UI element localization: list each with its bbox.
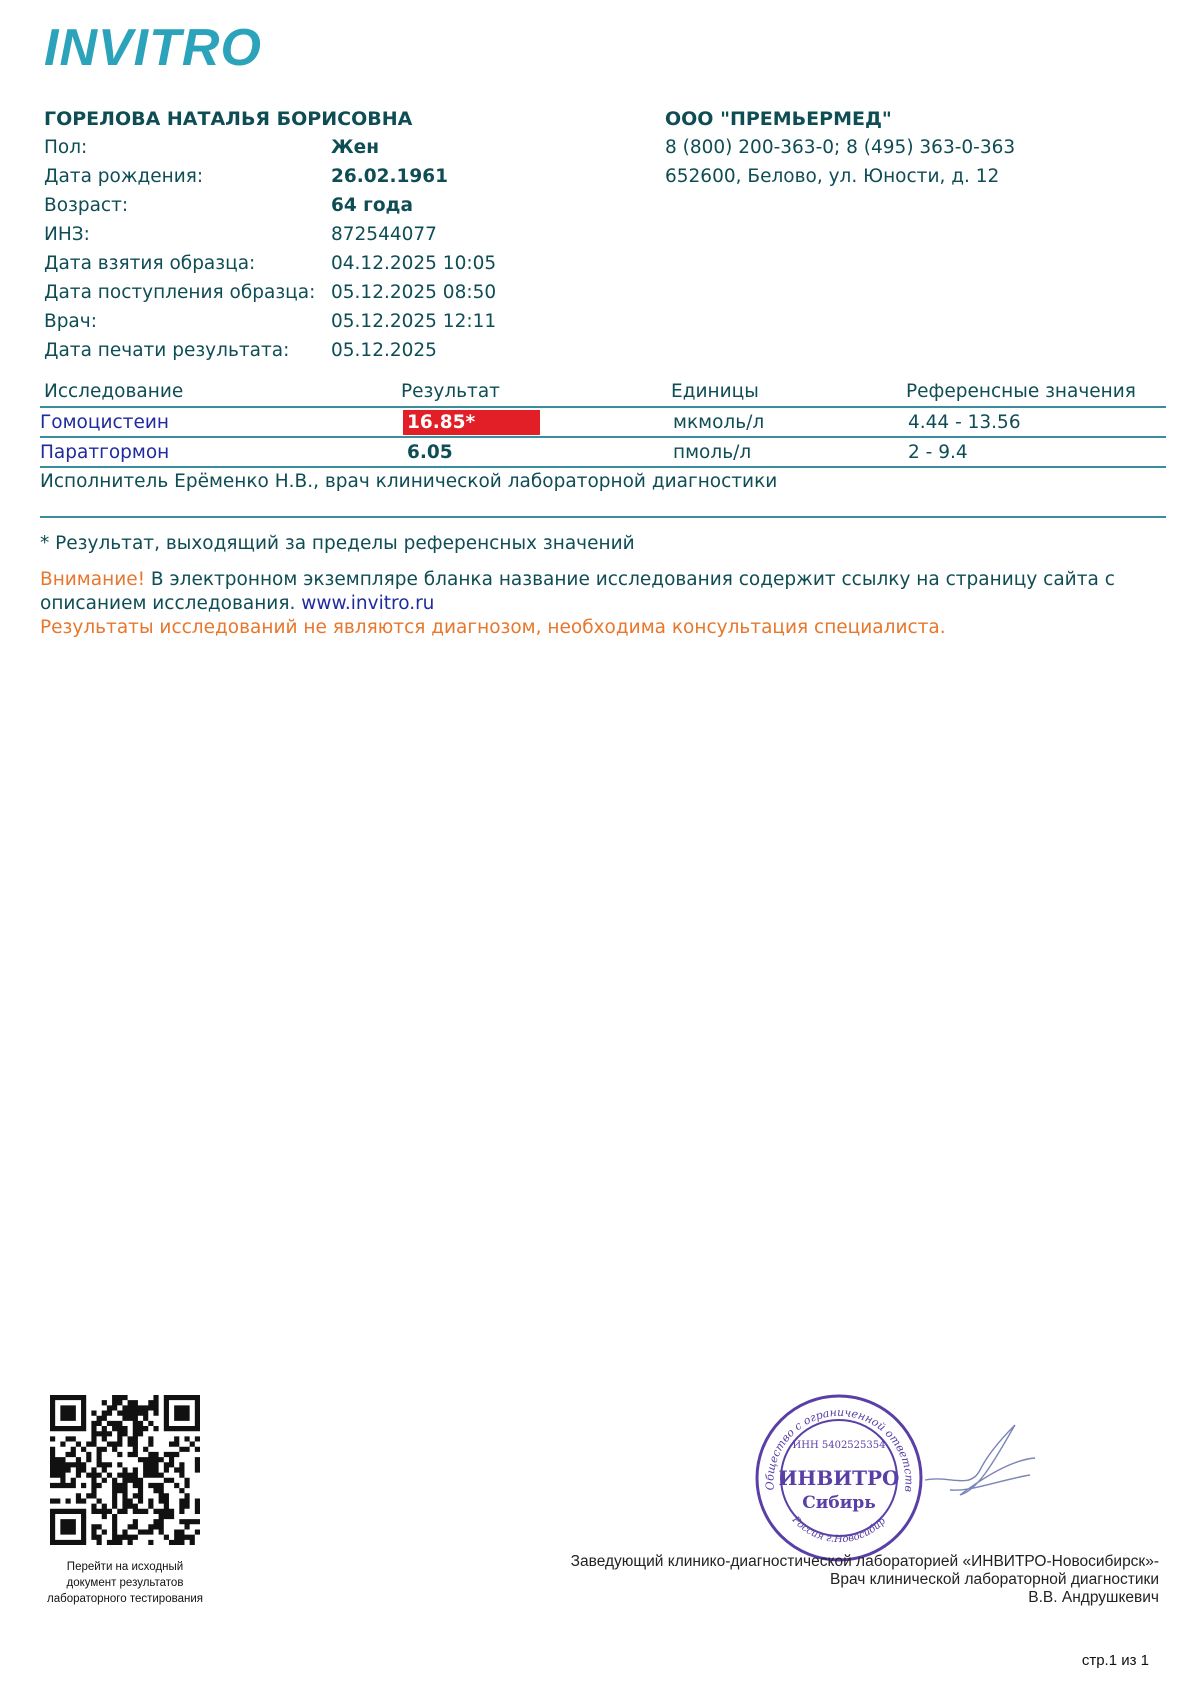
patient-field: Дата рождения:26.02.1961 bbox=[44, 162, 604, 191]
header-units: Единицы bbox=[671, 381, 906, 402]
field-value: 26.02.1961 bbox=[331, 162, 448, 191]
signature-icon bbox=[920, 1420, 1040, 1510]
test-name-link[interactable]: Паратгормон bbox=[40, 442, 169, 463]
field-value: 872544077 bbox=[331, 220, 437, 249]
qr-block: Перейти на исходный документ результатов… bbox=[40, 1395, 210, 1607]
clinic-info: ООО "ПРЕМЬЕРМЕД" 8 (800) 200-363-0; 8 (4… bbox=[665, 105, 1165, 191]
patient-field: Возраст:64 года bbox=[44, 191, 604, 220]
field-value: 05.12.2025 bbox=[331, 336, 437, 365]
field-value: 05.12.2025 08:50 bbox=[331, 278, 496, 307]
test-name-link[interactable]: Гомоцистеин bbox=[40, 412, 169, 433]
field-label: Дата рождения: bbox=[44, 162, 331, 191]
patient-field: Дата взятия образца:04.12.2025 10:05 bbox=[44, 249, 604, 278]
svg-text:ИНН 5402525354: ИНН 5402525354 bbox=[793, 1440, 886, 1451]
result-value: 16.85* bbox=[403, 410, 540, 435]
disclaimer: Результаты исследований не являются диаг… bbox=[40, 616, 1170, 640]
field-value: 64 года bbox=[331, 191, 413, 220]
reference-range: 4.44 - 13.56 bbox=[908, 412, 1166, 433]
results-table: Исследование Результат Единицы Референсн… bbox=[40, 376, 1166, 498]
patient-field: Дата печати результата:05.12.2025 bbox=[44, 336, 604, 365]
field-label: Возраст: bbox=[44, 191, 331, 220]
field-label: ИНЗ: bbox=[44, 220, 331, 249]
signer-block: Заведующий клинико-диагностической лабор… bbox=[571, 1553, 1159, 1607]
result-value: 6.05 bbox=[403, 442, 457, 463]
signer-line-1: Заведующий клинико-диагностической лабор… bbox=[571, 1553, 1159, 1571]
qr-caption-line: документ результатов bbox=[40, 1575, 210, 1591]
qr-code-icon[interactable] bbox=[50, 1395, 200, 1545]
qr-caption: Перейти на исходный документ результатов… bbox=[40, 1559, 210, 1607]
patient-field: Врач:05.12.2025 12:11 bbox=[44, 307, 604, 336]
results-header: Исследование Результат Единицы Референсн… bbox=[40, 376, 1166, 408]
attention-text: В электронном экземпляре бланка название… bbox=[40, 569, 1115, 614]
stamp-icon: Общество с ограниченной ответственностью… bbox=[752, 1390, 927, 1565]
out-of-range-note: * Результат, выходящий за пределы рефере… bbox=[40, 528, 1170, 560]
field-value: 05.12.2025 12:11 bbox=[331, 307, 496, 336]
performer: Исполнитель Ерёменко Н.В., врач клиничес… bbox=[40, 468, 1166, 498]
field-label: Дата взятия образца: bbox=[44, 249, 331, 278]
notes: * Результат, выходящий за пределы рефере… bbox=[40, 528, 1170, 640]
patient-field: Дата поступления образца:05.12.2025 08:5… bbox=[44, 278, 604, 307]
signer-line-2: Врач клинической лабораторной диагностик… bbox=[571, 1571, 1159, 1589]
header-reference: Референсные значения bbox=[906, 381, 1166, 402]
clinic-name: ООО "ПРЕМЬЕРМЕД" bbox=[665, 105, 1165, 133]
clinic-phones: 8 (800) 200-363-0; 8 (495) 363-0-363 bbox=[665, 133, 1165, 162]
field-value: Жен bbox=[331, 133, 379, 162]
attention-label: Внимание! bbox=[40, 569, 145, 590]
reference-range: 2 - 9.4 bbox=[908, 442, 1166, 463]
field-label: Пол: bbox=[44, 133, 331, 162]
field-label: Дата поступления образца: bbox=[44, 278, 331, 307]
field-value: 04.12.2025 10:05 bbox=[331, 249, 496, 278]
units: пмоль/л bbox=[673, 442, 908, 463]
page-number: стр.1 из 1 bbox=[1082, 1652, 1149, 1669]
patient-info: ГОРЕЛОВА НАТАЛЬЯ БОРИСОВНА Пол:ЖенДата р… bbox=[44, 105, 604, 365]
svg-text:ИНВИТРО: ИНВИТРО bbox=[779, 1466, 900, 1490]
header-result: Результат bbox=[401, 381, 671, 402]
qr-caption-line: лабораторного тестирования bbox=[40, 1591, 210, 1607]
svg-text:Сибирь: Сибирь bbox=[802, 1493, 876, 1513]
patient-name: ГОРЕЛОВА НАТАЛЬЯ БОРИСОВНА bbox=[44, 105, 604, 133]
table-row: Паратгормон6.05пмоль/л2 - 9.4 bbox=[40, 438, 1166, 468]
table-row: Гомоцистеин16.85*мкмоль/л4.44 - 13.56 bbox=[40, 408, 1166, 438]
invitro-logo: INVITRO bbox=[44, 18, 262, 78]
clinic-address: 652600, Белово, ул. Юности, д. 12 bbox=[665, 162, 1165, 191]
signer-line-3: В.В. Андрушкевич bbox=[571, 1589, 1159, 1607]
field-label: Дата печати результата: bbox=[44, 336, 331, 365]
field-label: Врач: bbox=[44, 307, 331, 336]
attention-note: Внимание! В электронном экземпляре бланк… bbox=[40, 568, 1170, 616]
site-link[interactable]: www.invitro.ru bbox=[301, 593, 434, 614]
qr-caption-line: Перейти на исходный bbox=[40, 1559, 210, 1575]
divider bbox=[40, 516, 1166, 518]
patient-field: Пол:Жен bbox=[44, 133, 604, 162]
header-test: Исследование bbox=[44, 381, 401, 402]
patient-field: ИНЗ:872544077 bbox=[44, 220, 604, 249]
units: мкмоль/л bbox=[673, 412, 908, 433]
